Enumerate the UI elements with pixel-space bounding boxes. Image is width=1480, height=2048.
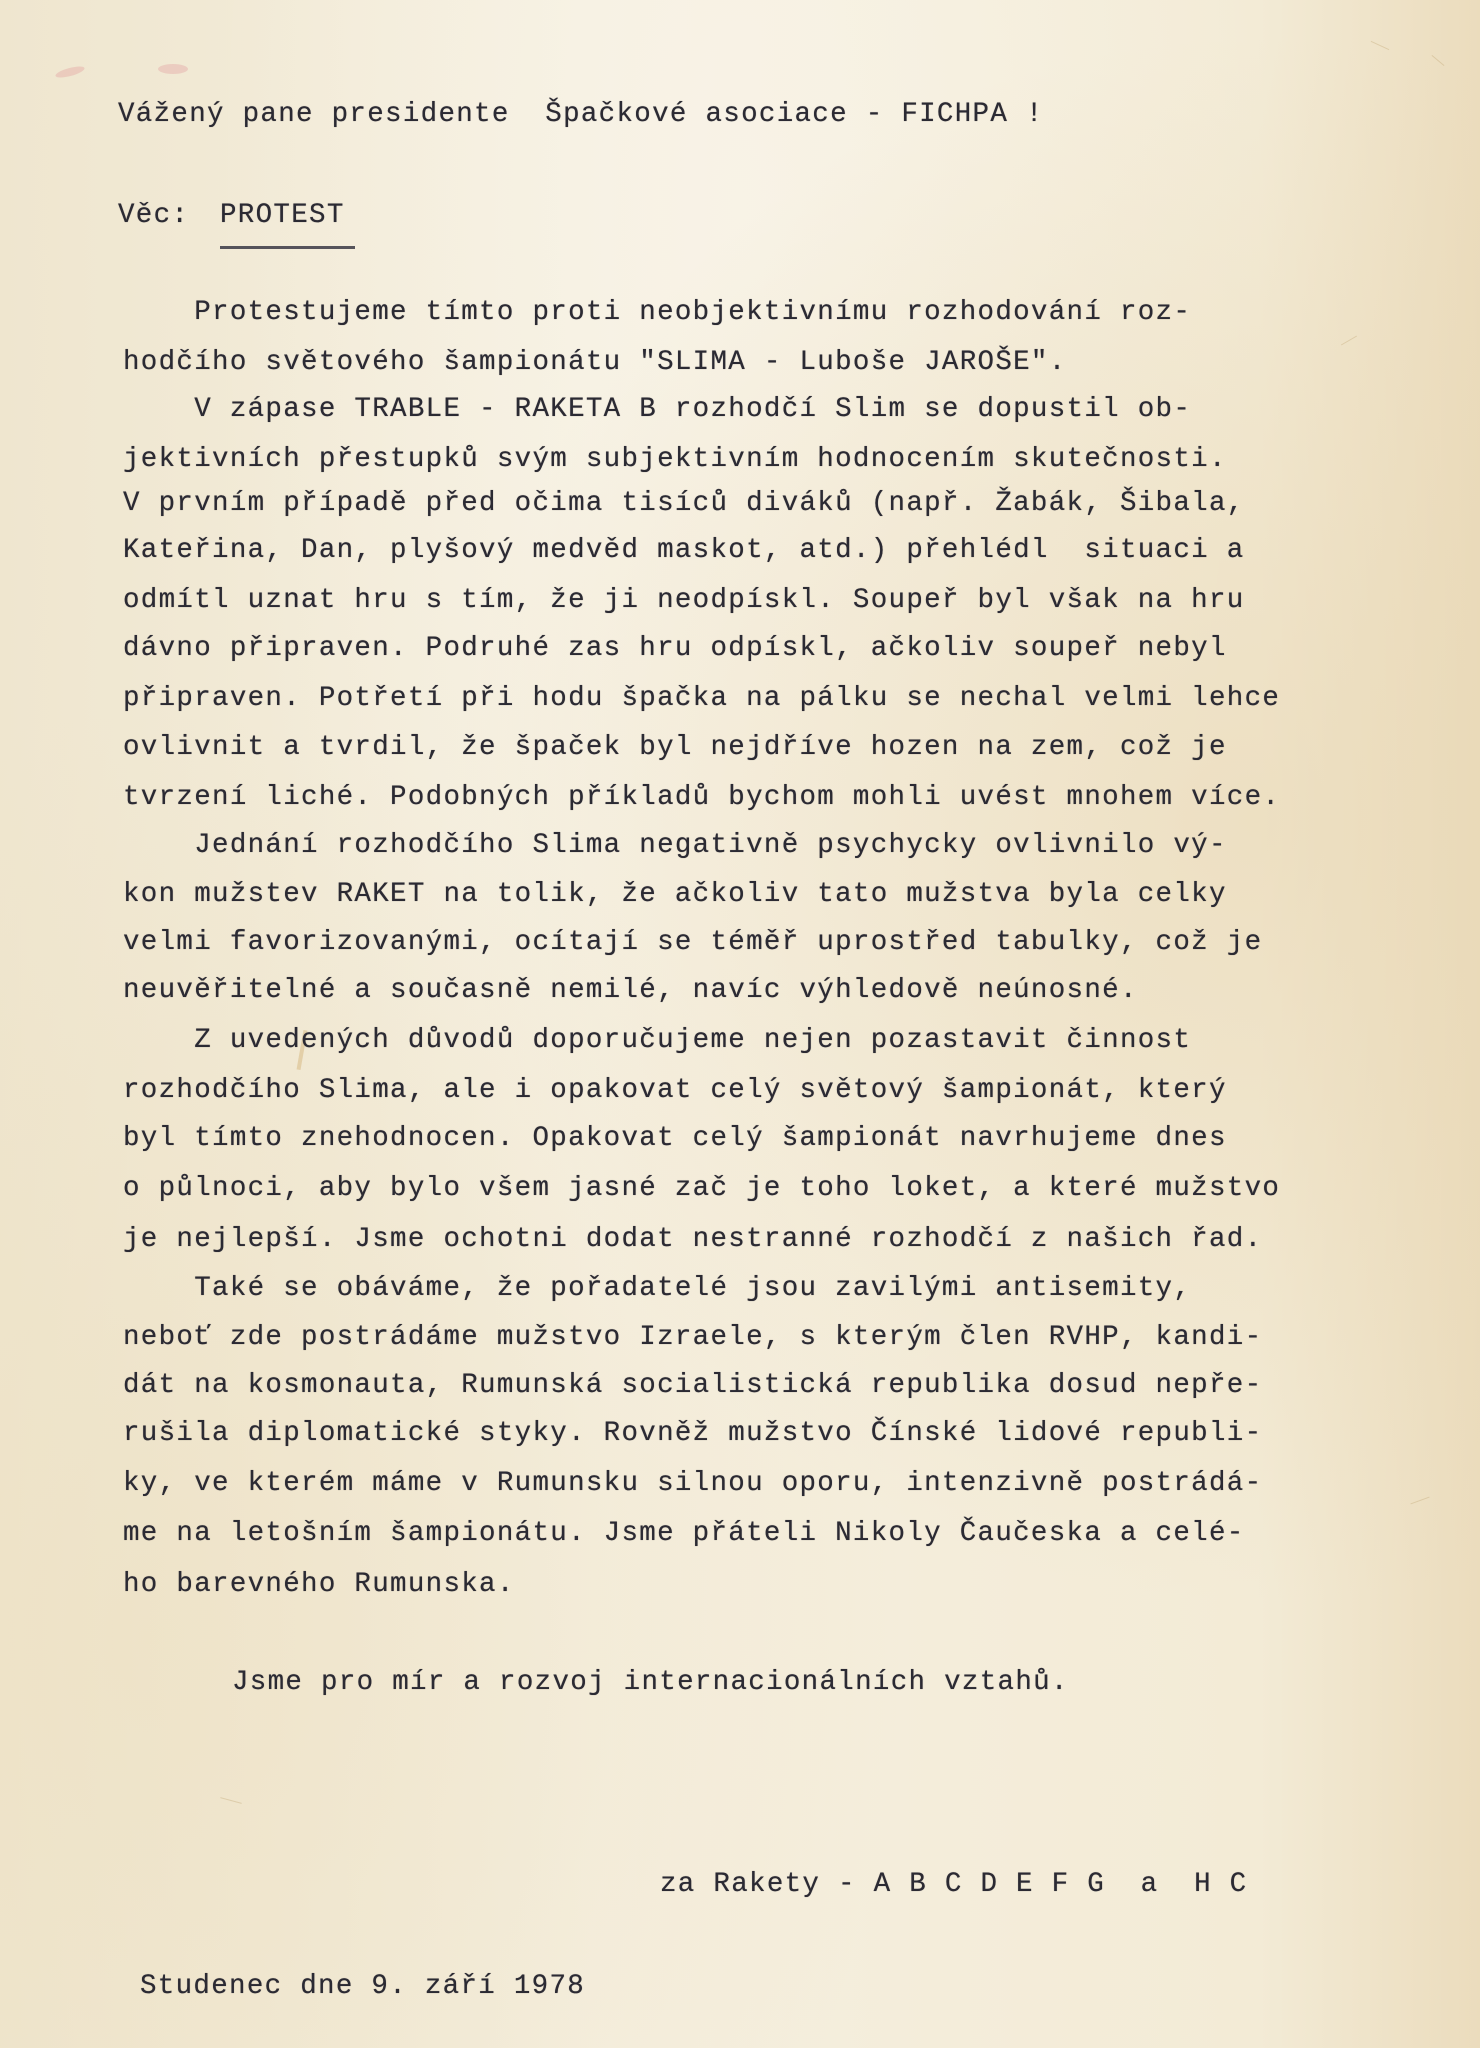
- body-line: o půlnoci, aby bylo všem jasné zač je to…: [123, 1172, 1280, 1206]
- body-line: velmi favorizovanými, ocítají se téměř u…: [123, 926, 1262, 960]
- body-line: připraven. Potřetí při hodu špačka na pá…: [123, 682, 1280, 716]
- body-line: V zápase TRABLE - RAKETA B rozhodčí Slim…: [123, 393, 1191, 427]
- paper-stain: [158, 64, 188, 74]
- body-line: kon mužstev RAKET na tolik, že ačkoliv t…: [123, 878, 1227, 912]
- body-line: Kateřina, Dan, plyšový medvěd maskot, at…: [123, 534, 1245, 568]
- paper-fiber: [220, 1797, 242, 1804]
- subject-label: Věc:: [118, 199, 189, 233]
- body-line: hodčího světového šampionátu "SLIMA - Lu…: [123, 346, 1067, 380]
- body-line: dávno připraven. Podruhé zas hru odpískl…: [123, 632, 1227, 666]
- body-line: rozhodčího Slima, ale i opakovat celý sv…: [123, 1074, 1227, 1108]
- typewritten-letter: Vážený pane presidente Špačkové asociace…: [0, 0, 1480, 2048]
- paper-stain: [54, 64, 85, 79]
- body-line: dát na kosmonauta, Rumunská socialistick…: [123, 1369, 1262, 1403]
- body-line: odmítl uznat hru s tím, že ji neodpískl.…: [123, 584, 1245, 618]
- body-line: tvrzení liché. Podobných příkladů bychom…: [123, 781, 1280, 815]
- body-line: ho barevného Rumunska.: [123, 1568, 515, 1602]
- closing-line: Jsme pro mír a rozvoj internacionálních …: [232, 1666, 1069, 1700]
- subject-underline: [220, 246, 355, 249]
- body-line: Také se obáváme, že pořadatelé jsou zavi…: [123, 1272, 1191, 1306]
- greeting: Vážený pane presidente Špačkové asociace…: [118, 98, 1044, 132]
- body-line: me na letošním šampionátu. Jsme přáteli …: [123, 1517, 1245, 1551]
- signature: za Rakety - A B C D E F G a H C: [660, 1868, 1248, 1902]
- paper-fiber: [1432, 55, 1445, 66]
- body-line: je nejlepší. Jsme ochotni dodat nestrann…: [123, 1223, 1262, 1257]
- body-line: neuvěřitelné a současně nemilé, navíc vý…: [123, 974, 1138, 1008]
- body-line: Jednání rozhodčího Slima negativně psych…: [123, 829, 1227, 863]
- paper-fiber: [1410, 1497, 1429, 1505]
- body-line: ovlivnit a tvrdil, že špaček byl nejdřív…: [123, 731, 1227, 765]
- body-line: Z uvedených důvodů doporučujeme nejen po…: [123, 1024, 1191, 1058]
- body-line: V prvním případě před očima tisíců divák…: [123, 487, 1245, 521]
- body-line: rušila diplomatické styky. Rovněž mužstv…: [123, 1417, 1262, 1451]
- body-line: Protestujeme tímto proti neobjektivnímu …: [123, 296, 1191, 330]
- paper-fiber: [1341, 336, 1357, 346]
- body-line: ky, ve kterém máme v Rumunsku silnou opo…: [123, 1467, 1262, 1501]
- body-line: byl tímto znehodnocen. Opakovat celý šam…: [123, 1122, 1227, 1156]
- subject-value: PROTEST: [220, 199, 345, 233]
- paper-fiber: [1371, 41, 1390, 50]
- body-line: neboť zde postrádáme mužstvo Izraele, s …: [123, 1321, 1262, 1355]
- place-date: Studenec dne 9. září 1978: [140, 1970, 585, 2004]
- body-line: jektivních přestupků svým subjektivním h…: [123, 443, 1227, 477]
